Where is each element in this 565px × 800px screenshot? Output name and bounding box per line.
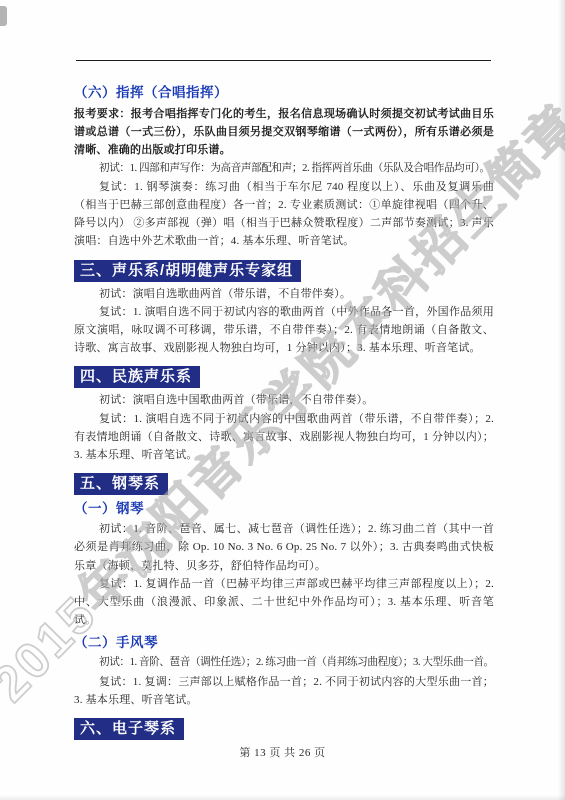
para-piano-second-exam: 复试：1. 复调作品一首（巴赫平均律三声部或巴赫平均律三声部程度以上）；2. 中… xyxy=(74,575,494,630)
header-rule xyxy=(76,60,491,61)
para-ethnic-vocal-first-exam: 初试：演唱自选中国歌曲两首（带乐谱，不自带伴奏）。 xyxy=(74,391,494,409)
section-bar-vocal-dept: 三、声乐系/胡明健声乐专家组 xyxy=(74,260,301,282)
para-accordion-second-exam: 复试：1. 复调：三声部以上赋格作品一首；2. 不同于初试内容的大型乐曲一首；3… xyxy=(74,673,494,709)
para-conducting-requirements: 报考要求：报考合唱指挥专门化的考生，报名信息现场确认时须提交初试考试曲目乐谱或总… xyxy=(74,105,494,160)
scan-edge-right xyxy=(558,0,565,800)
para-vocal-second-exam: 复试：1. 演唱自选不同于初试内容的歌曲两首（中外作品各一首，外国作品须用原文演… xyxy=(74,303,494,358)
document-page: （六）指挥（合唱指挥） 报考要求：报考合唱指挥专门化的考生，报名信息现场确认时须… xyxy=(0,0,565,800)
scan-edge-bottom xyxy=(0,795,565,800)
para-conducting-second-exam: 复试：1. 钢琴演奏：练习曲（相当于车尔尼 740 程度以上）、乐曲及复调乐曲（… xyxy=(74,178,494,251)
heading-conducting-choral: （六）指挥（合唱指挥） xyxy=(74,84,494,102)
para-piano-first-exam: 初试：1. 音阶、琶音、属七、减七琶音（调性任选）；2. 练习曲二首（其中一首必… xyxy=(74,520,494,575)
section-bar-electronic-keyboard-dept: 六、电子琴系 xyxy=(74,718,184,740)
scan-corner-artifact xyxy=(0,6,7,26)
heading-piano: （一）钢琴 xyxy=(74,500,494,518)
para-conducting-first-exam: 初试：1. 四部和声写作：为高音声部配和声；2. 指挥两首乐曲（乐队及合唱作品均… xyxy=(74,160,494,178)
section-bar-ethnic-vocal-dept: 四、民族声乐系 xyxy=(74,366,200,388)
para-ethnic-vocal-second-exam: 复试：1. 演唱自选不同于初试内容的中国歌曲两首（带乐谱，不自带伴奏）；2. 有… xyxy=(74,410,494,465)
para-vocal-first-exam: 初试：演唱自选歌曲两首（带乐谱，不自带伴奏）。 xyxy=(74,285,494,303)
para-accordion-first-exam: 初试：1. 音阶、琶音（调性任选）；2. 练习曲一首（肖邦练习曲程度）；3. 大… xyxy=(74,654,494,672)
heading-accordion: （二）手风琴 xyxy=(74,634,494,652)
page-body: （六）指挥（合唱指挥） 报考要求：报考合唱指挥专门化的考生，报名信息现场确认时须… xyxy=(74,84,494,743)
section-bar-piano-dept: 五、钢琴系 xyxy=(74,473,168,495)
page-footer: 第 13 页 共 26 页 xyxy=(0,744,565,760)
